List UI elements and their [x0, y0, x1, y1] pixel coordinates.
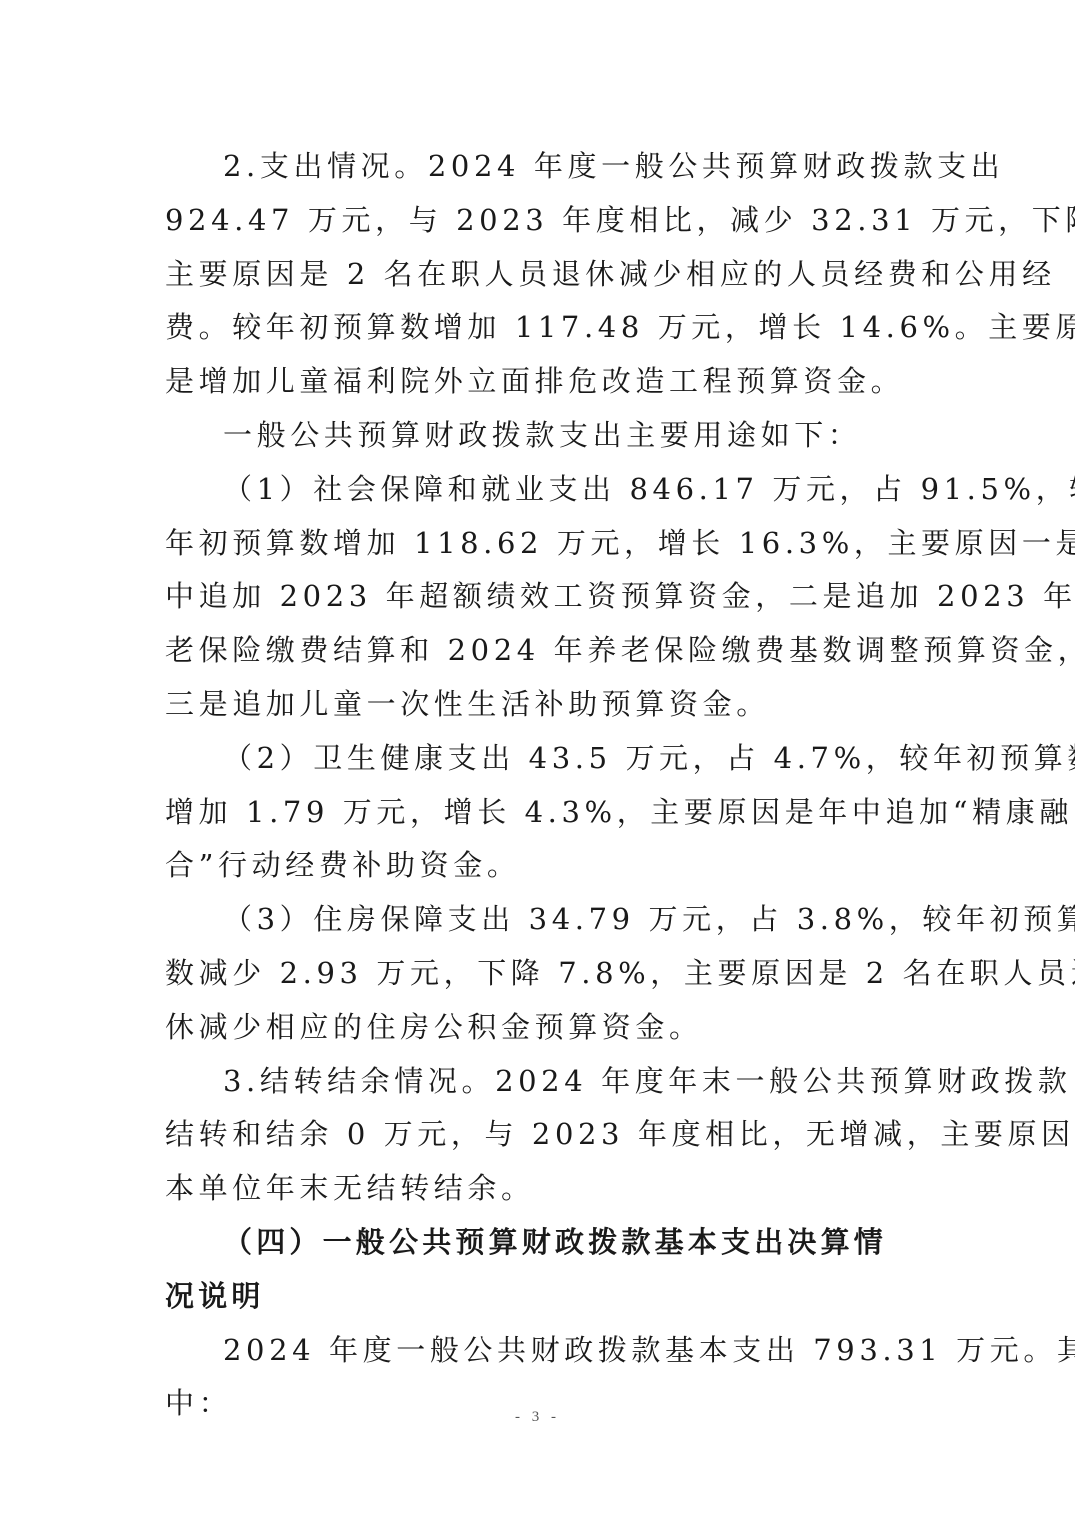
- text-line: 2.支出情况。2024 年度一般公共预算财政拨款支出: [165, 140, 913, 194]
- paragraph-item-social-security: （1）社会保障和就业支出 846.17 万元，占 91.5%，较 年初预算数增加…: [165, 463, 913, 732]
- text-line: 本单位年末无结转结余。: [165, 1162, 913, 1216]
- paragraph-uses-intro: 一般公共预算财政拨款支出主要用途如下：: [165, 409, 913, 463]
- text-line: 924.47 万元，与 2023 年度相比，减少 32.31 万元，下降 3.4…: [165, 194, 913, 248]
- paragraph-item-housing: （3）住房保障支出 34.79 万元，占 3.8%，较年初预算 数减少 2.93…: [165, 893, 913, 1054]
- text-line: 年初预算数增加 118.62 万元，增长 16.3%，主要原因一是年: [165, 517, 913, 571]
- text-line: 数减少 2.93 万元，下降 7.8%，主要原因是 2 名在职人员退: [165, 947, 913, 1001]
- section-heading: （四）一般公共预算财政拨款基本支出决算情况说明: [165, 1216, 913, 1324]
- text-line: 休减少相应的住房公积金预算资金。: [165, 1001, 913, 1055]
- text-line: 增加 1.79 万元，增长 4.3%，主要原因是年中追加“精康融: [165, 786, 913, 840]
- page-number: - 3 -: [0, 1409, 1075, 1426]
- paragraph-expenditure: 2.支出情况。2024 年度一般公共预算财政拨款支出 924.47 万元，与 2…: [165, 140, 913, 409]
- text-line: 费。较年初预算数增加 117.48 万元，增长 14.6%。主要原因: [165, 301, 913, 355]
- text-line: 一般公共预算财政拨款支出主要用途如下：: [165, 409, 913, 463]
- text-line: 是增加儿童福利院外立面排危改造工程预算资金。: [165, 355, 913, 409]
- document-page: 2.支出情况。2024 年度一般公共预算财政拨款支出 924.47 万元，与 2…: [165, 140, 913, 1431]
- text-line: 3.结转结余情况。2024 年度年末一般公共预算财政拨款: [165, 1055, 913, 1109]
- text-line: 中追加 2023 年超额绩效工资预算资金，二是追加 2023 年养: [165, 570, 913, 624]
- text-line: （3）住房保障支出 34.79 万元，占 3.8%，较年初预算: [165, 893, 913, 947]
- text-line: 三是追加儿童一次性生活补助预算资金。: [165, 678, 913, 732]
- text-line: 老保险缴费结算和 2024 年养老保险缴费基数调整预算资金，: [165, 624, 913, 678]
- text-line: 2024 年度一般公共财政拨款基本支出 793.31 万元。其: [165, 1324, 913, 1378]
- text-line: （1）社会保障和就业支出 846.17 万元，占 91.5%，较: [165, 463, 913, 517]
- text-line: 主要原因是 2 名在职人员退休减少相应的人员经费和公用经: [165, 248, 913, 302]
- paragraph-carryover: 3.结转结余情况。2024 年度年末一般公共预算财政拨款 结转和结余 0 万元，…: [165, 1055, 913, 1216]
- paragraph-item-health: （2）卫生健康支出 43.5 万元，占 4.7%，较年初预算数 增加 1.79 …: [165, 732, 913, 893]
- text-line: 合”行动经费补助资金。: [165, 839, 913, 893]
- text-line: （2）卫生健康支出 43.5 万元，占 4.7%，较年初预算数: [165, 732, 913, 786]
- text-line: 结转和结余 0 万元，与 2023 年度相比，无增减，主要原因是: [165, 1108, 913, 1162]
